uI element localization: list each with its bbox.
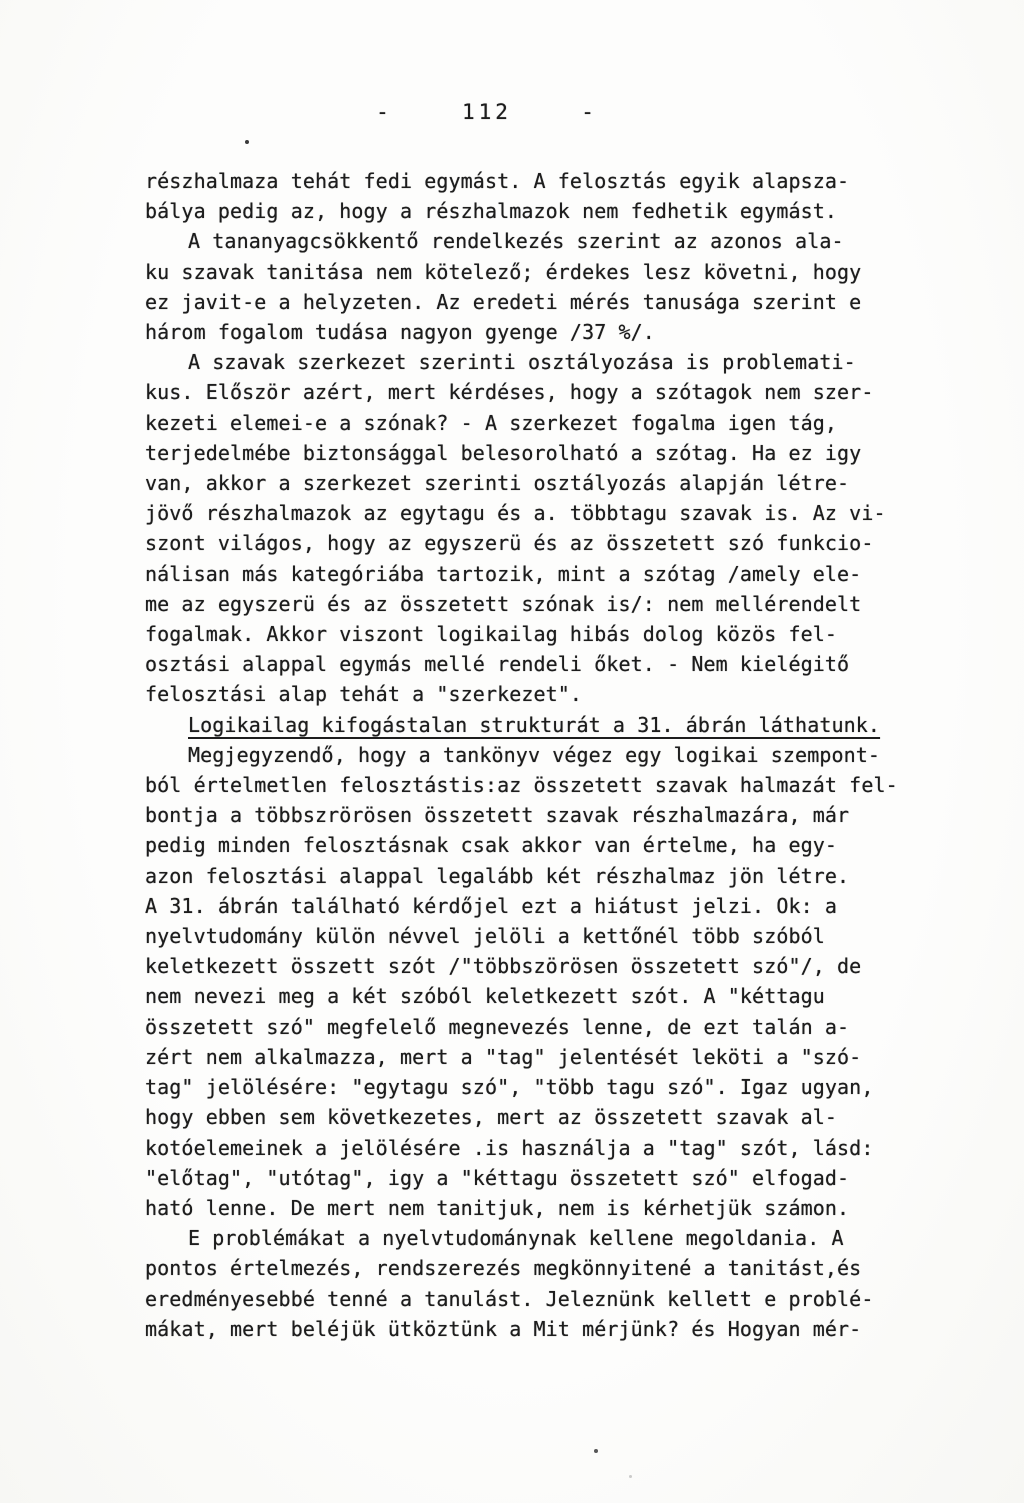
text-line: kotóelemeinek a jelölésére .is használja… xyxy=(145,1133,915,1163)
scan-speck xyxy=(245,140,249,144)
scan-speck xyxy=(594,1449,598,1453)
text-line: nem nevezi meg a két szóból keletkezett … xyxy=(145,981,915,1011)
text-line: bálya pedig az, hogy a részhalmazok nem … xyxy=(145,196,915,226)
text-line: osztási alappal egymás mellé rendeli őke… xyxy=(145,649,915,679)
text-line: azon felosztási alappal legalább két rés… xyxy=(145,861,915,891)
text-block: részhalmaza tehát fedi egymást. A felosz… xyxy=(145,166,915,1344)
text-line: mákat, mert beléjük ütköztünk a Mit mérj… xyxy=(145,1314,915,1344)
text-line: ku szavak tanitása nem kötelező; érdekes… xyxy=(145,257,915,287)
text-line: A szavak szerkezet szerinti osztályozása… xyxy=(145,347,915,377)
text-line: szont világos, hogy az egyszerü és az ös… xyxy=(145,528,915,558)
text-line: van, akkor a szerkezet szerinti osztályo… xyxy=(145,468,915,498)
text-line: Logikailag kifogástalan strukturát a 31.… xyxy=(145,710,915,740)
page-number: - 112 - xyxy=(0,100,974,124)
text-line: E problémákat a nyelvtudománynak kellene… xyxy=(145,1223,915,1253)
text-line: részhalmaza tehát fedi egymást. A felosz… xyxy=(145,166,915,196)
text-line: ez javit-e a helyzeten. Az eredeti mérés… xyxy=(145,287,915,317)
text-line: pedig minden felosztásnak csak akkor van… xyxy=(145,830,915,860)
text-line: hogy ebben sem következetes, mert az öss… xyxy=(145,1102,915,1132)
scan-speck xyxy=(629,1475,632,1478)
text-line: zért nem alkalmazza, mert a "tag" jelent… xyxy=(145,1042,915,1072)
text-line: kus. Először azért, mert kérdéses, hogy … xyxy=(145,377,915,407)
text-line: "előtag", "utótag", igy a "kéttagu össze… xyxy=(145,1163,915,1193)
document-page: - 112 - részhalmaza tehát fedi egymást. … xyxy=(0,0,1024,1503)
text-line: ható lenne. De mert nem tanitjuk, nem is… xyxy=(145,1193,915,1223)
text-line: tag" jelölésére: "egytagu szó", "több ta… xyxy=(145,1072,915,1102)
text-line: összetett szó" megfelelő megnevezés lenn… xyxy=(145,1012,915,1042)
text-line: kezeti elemei-e a szónak? - A szerkezet … xyxy=(145,408,915,438)
text-line: nálisan más kategóriába tartozik, mint a… xyxy=(145,559,915,589)
text-line: jövő részhalmazok az egytagu és a. többt… xyxy=(145,498,915,528)
text-line: A 31. ábrán található kérdőjel ezt a hiá… xyxy=(145,891,915,921)
text-line: me az egyszerü és az összetett szónak is… xyxy=(145,589,915,619)
text-line: eredményesebbé tenné a tanulást. Jeleznü… xyxy=(145,1284,915,1314)
text-line: felosztási alap tehát a "szerkezet". xyxy=(145,679,915,709)
text-line: három fogalom tudása nagyon gyenge /37 %… xyxy=(145,317,915,347)
text-line: fogalmak. Akkor viszont logikailag hibás… xyxy=(145,619,915,649)
text-line: terjedelmébe biztonsággal belesorolható … xyxy=(145,438,915,468)
text-line: Megjegyzendő, hogy a tankönyv végez egy … xyxy=(145,740,915,770)
text-line: pontos értelmezés, rendszerezés megkönny… xyxy=(145,1253,915,1283)
text-line: ból értelmetlen felosztástis:az összetet… xyxy=(145,770,915,800)
text-line: keletkezett összett szót /"többszörösen … xyxy=(145,951,915,981)
text-line: bontja a többszrörösen összetett szavak … xyxy=(145,800,915,830)
text-line: A tananyagcsökkentő rendelkezés szerint … xyxy=(145,226,915,256)
text-line: nyelvtudomány külön névvel jelöli a kett… xyxy=(145,921,915,951)
